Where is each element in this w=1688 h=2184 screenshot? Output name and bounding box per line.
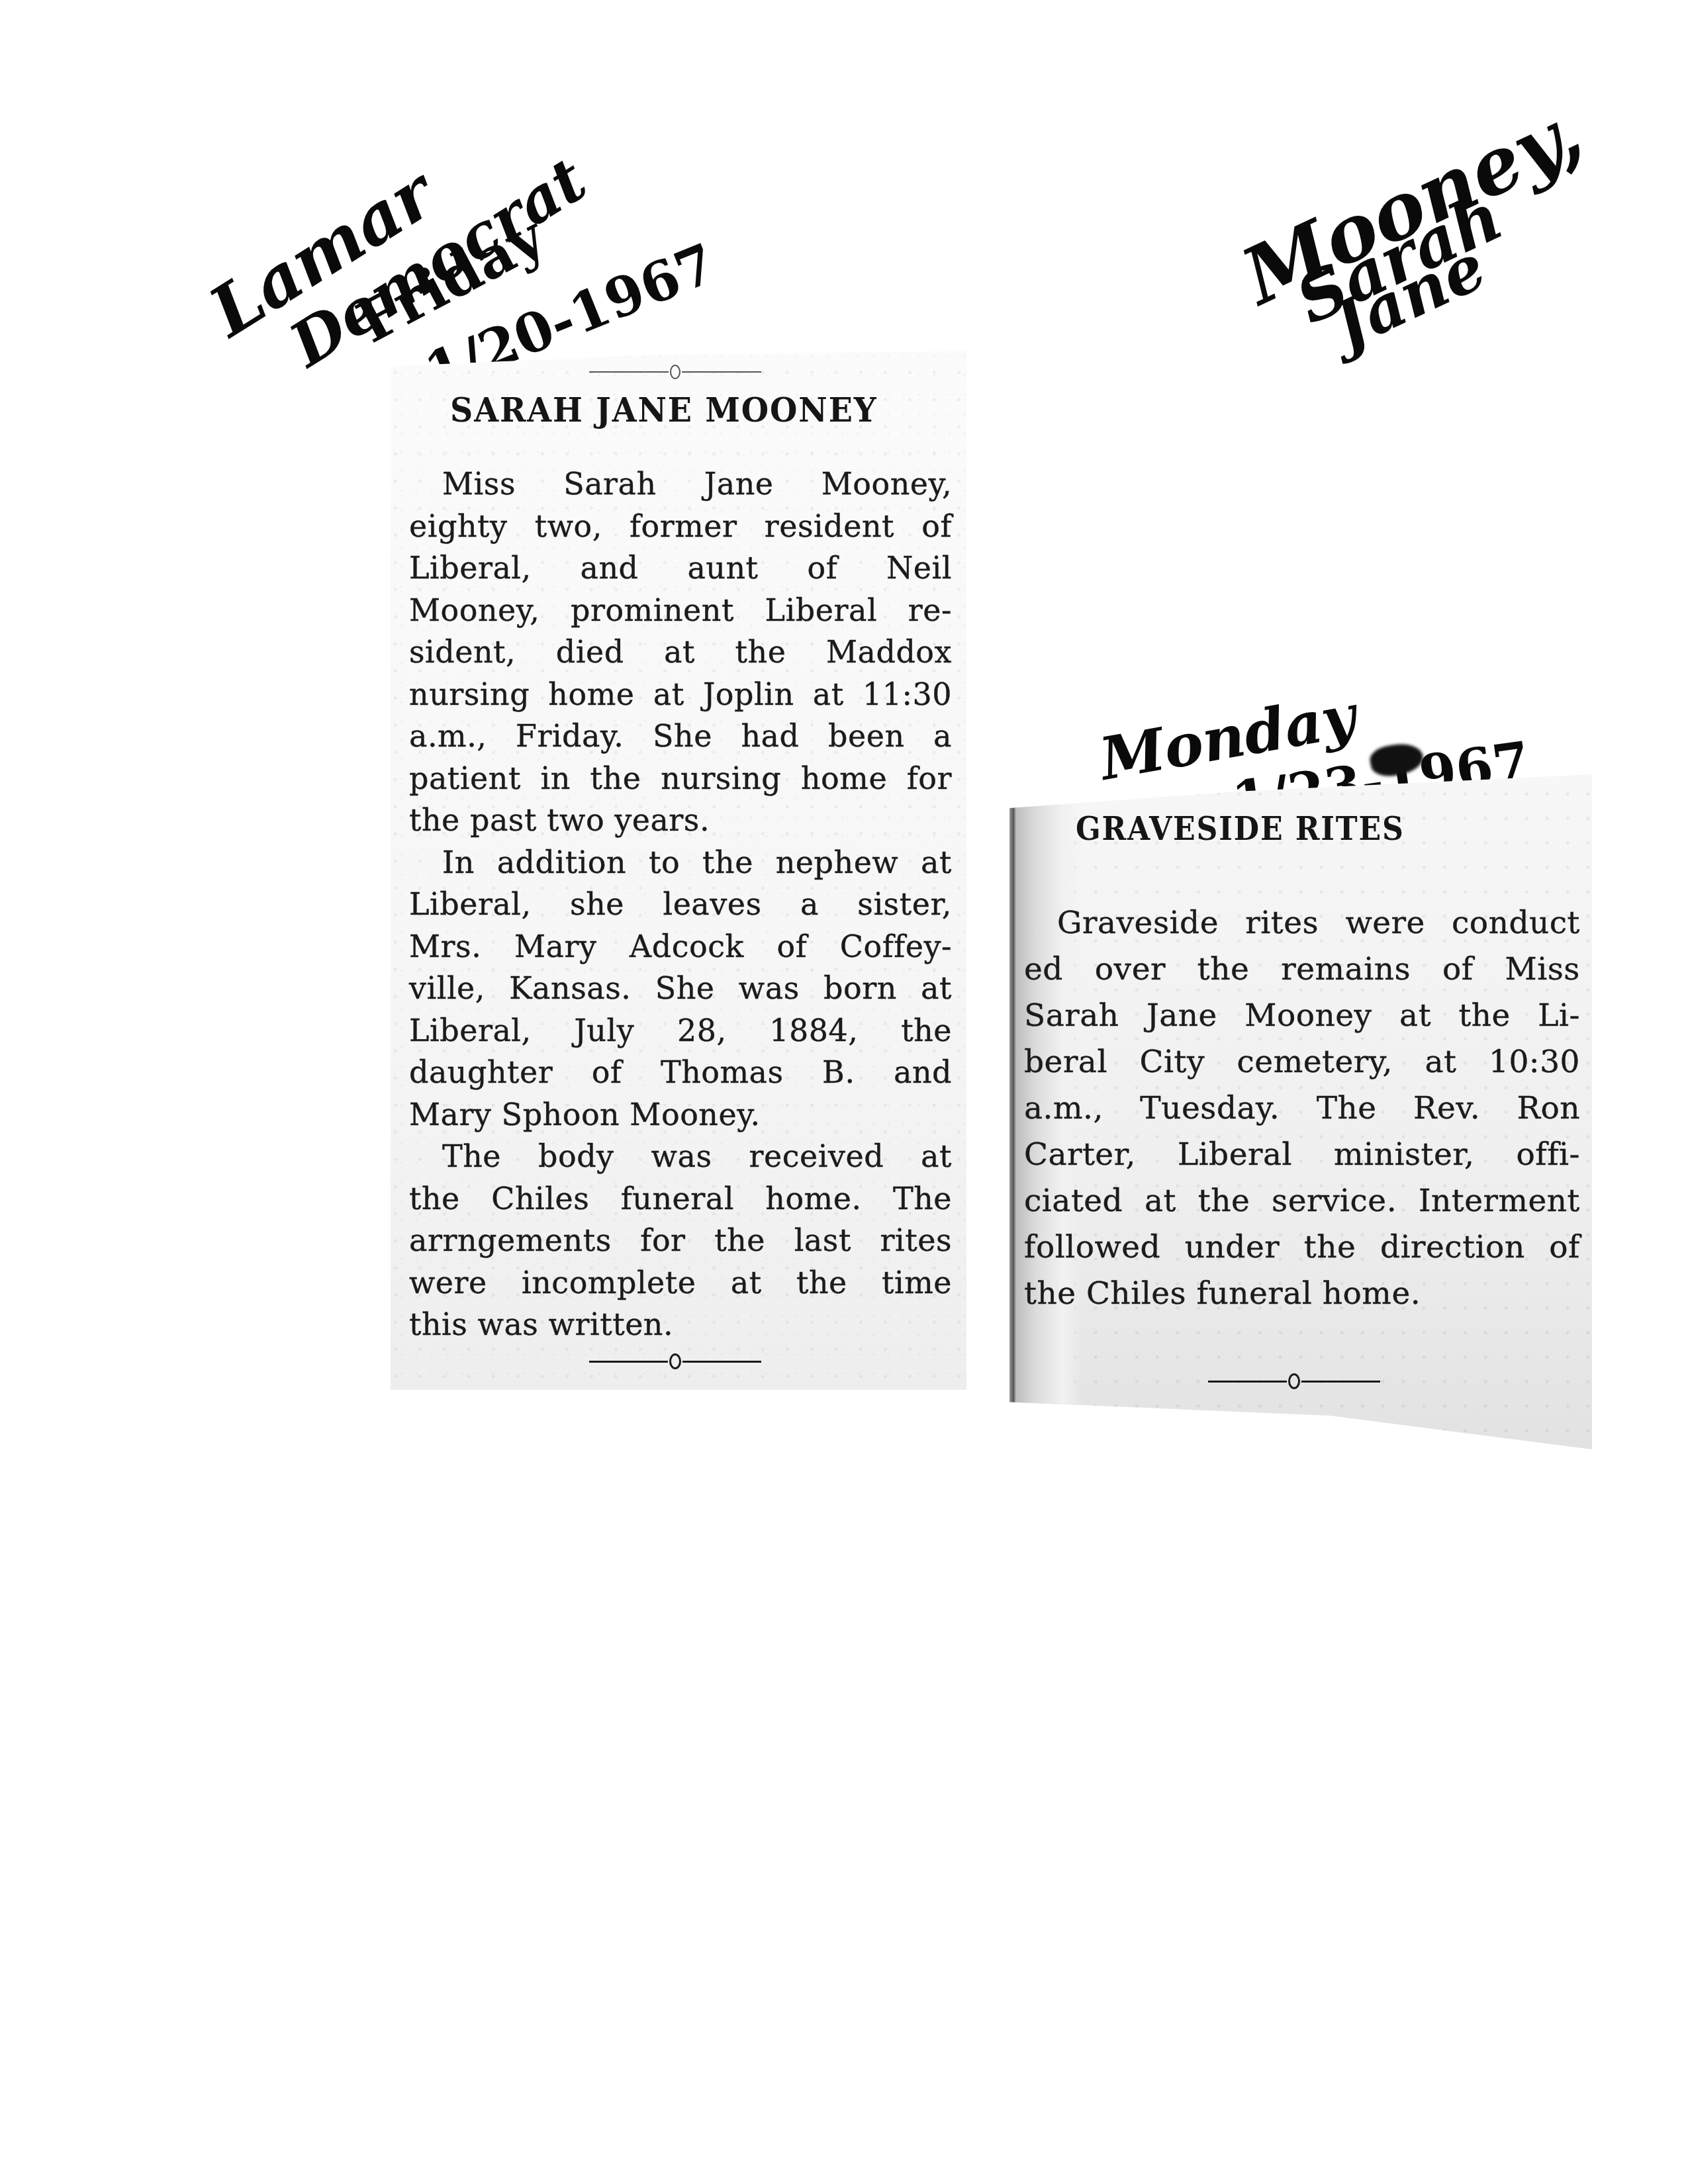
separator-rule: [682, 1361, 761, 1363]
separator-rule: [682, 371, 761, 373]
article-line: followed under the direction of: [1024, 1224, 1580, 1271]
article-line: Mrs. Mary Adcock of Coffey-: [409, 926, 952, 968]
article-line: In addition to the nephew at: [409, 842, 952, 884]
article-line: the Chiles funeral home.: [1024, 1271, 1580, 1317]
article-line: Graveside rites were conduct: [1024, 900, 1580, 946]
article-line: ciated at the service. Interment: [1024, 1178, 1580, 1224]
handwritten-source-note: Lamar Democrat Friday 1/20-1967: [199, 99, 662, 324]
article-line: Liberal, July 28, 1884, the: [409, 1010, 952, 1052]
article-line: Mary Sphoon Mooney.: [409, 1094, 952, 1136]
article-line: ville, Kansas. She was born at: [409, 968, 952, 1010]
handwritten-name-note: Mooney, Sarah Jane: [1231, 86, 1523, 311]
article-line: the past two years.: [409, 799, 952, 842]
separator-rule: [589, 371, 669, 373]
article-line: Carter, Liberal minister, offi-: [1024, 1132, 1580, 1178]
article-line: a.m., Friday. She had been a: [409, 715, 952, 758]
obituary-clipping: SARAH JANE MOONEY Miss Sarah Jane Mooney…: [391, 351, 966, 1390]
graveside-rites-clipping: GRAVESIDE RITES Graveside rites were con…: [1009, 774, 1592, 1449]
obituary-headline: SARAH JANE MOONEY: [450, 390, 878, 430]
article-line: a.m., Tuesday. The Rev. Ron: [1024, 1085, 1580, 1132]
graveside-headline: GRAVESIDE RITES: [1076, 811, 1405, 848]
article-line: sident, died at the Maddox: [409, 631, 952, 674]
article-line: were incomplete at the time: [409, 1262, 952, 1304]
article-line: Liberal, she leaves a sister,: [409, 884, 952, 926]
article-line: nursing home at Joplin at 11:30: [409, 674, 952, 716]
article-line: daughter of Thomas B. and: [409, 1052, 952, 1094]
article-line: this was written.: [409, 1304, 952, 1346]
separator-rule: [1301, 1381, 1380, 1383]
separator-ring-icon: [669, 1353, 681, 1369]
article-line: Mooney, prominent Liberal re-: [409, 590, 952, 632]
separator-rule: [1208, 1381, 1287, 1383]
separator-ornament: [589, 1357, 761, 1366]
article-line: Miss Sarah Jane Mooney,: [409, 463, 952, 506]
separator-ornament: [1208, 1377, 1380, 1386]
article-line: eighty two, former resident of: [409, 506, 952, 548]
article-line: Sarah Jane Mooney at the Li-: [1024, 993, 1580, 1039]
separator-ornament: [589, 367, 761, 377]
article-line: ed over the remains of Miss: [1024, 946, 1580, 993]
graveside-body: Graveside rites were conducted over the …: [1024, 900, 1580, 1317]
article-line: beral City cemetery, at 10:30: [1024, 1039, 1580, 1085]
article-line: Liberal, and aunt of Neil: [409, 547, 952, 590]
separator-ring-icon: [670, 365, 680, 379]
article-line: arrngements for the last rites: [409, 1220, 952, 1262]
separator-rule: [589, 1361, 668, 1363]
article-line: The body was received at: [409, 1136, 952, 1178]
article-line: patient in the nursing home for: [409, 758, 952, 800]
article-line: the Chiles funeral home. The: [409, 1178, 952, 1220]
obituary-body: Miss Sarah Jane Mooney,eighty two, forme…: [409, 463, 952, 1346]
separator-ring-icon: [1288, 1373, 1300, 1389]
